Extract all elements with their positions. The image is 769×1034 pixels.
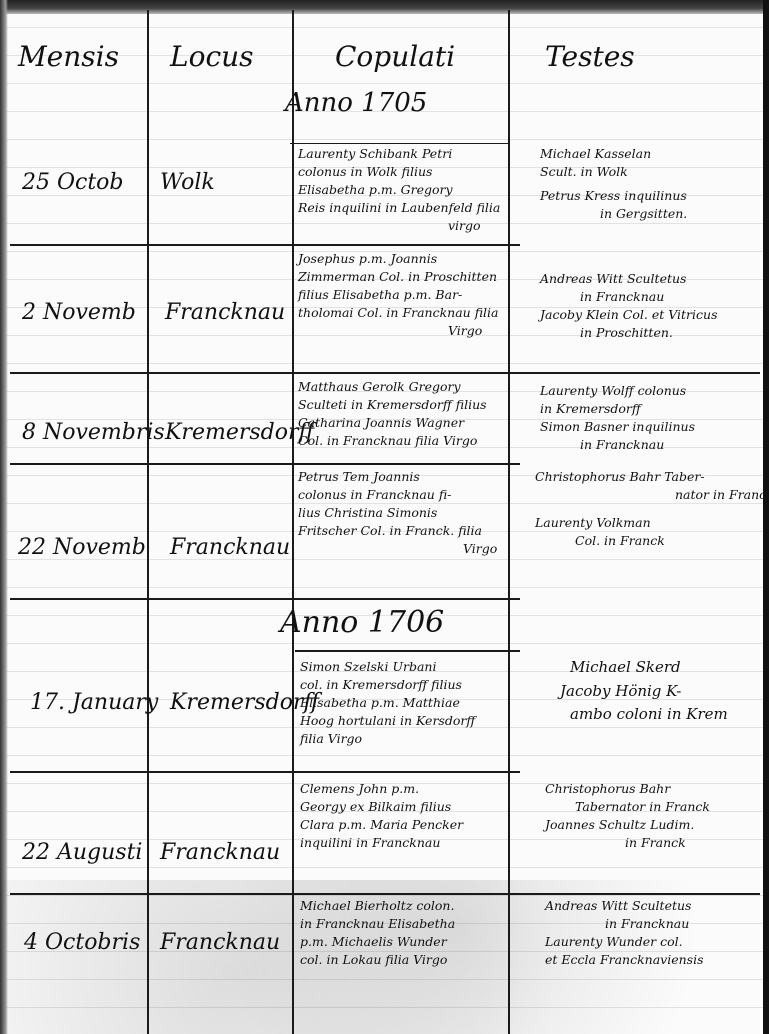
row-rule: [10, 463, 520, 465]
row-rule: [10, 771, 520, 773]
entry-place: Kremersdorff: [170, 690, 319, 715]
entry-testes: Michael Skerd Jacoby Hönig K- ambo colon…: [570, 655, 728, 725]
entry-place: Francknau: [160, 840, 280, 865]
entry-date: 22 Novemb: [18, 535, 146, 560]
entry-place: Wolk: [160, 170, 215, 195]
year-heading: Anno 1706: [280, 605, 444, 640]
entry-testes: Christophorus Bahr Taber- nator in Franc…: [535, 468, 769, 550]
entry-place: Kremersdorff: [165, 420, 314, 445]
entry-place: Francknau: [165, 300, 285, 325]
scan-left-edge: [0, 0, 8, 1034]
entry-date: 17. January: [30, 690, 158, 715]
entry-testes: Andreas Witt Scultetus in Francknau Jaco…: [540, 270, 717, 342]
row-rule: [10, 244, 520, 246]
entry-date: 4 Octobris: [24, 930, 140, 955]
entry-copulati: Laurenty Schibank Petri colonus in Wolk …: [298, 145, 500, 235]
entry-place: Francknau: [160, 930, 280, 955]
scan-top-edge: [0, 0, 769, 14]
entry-copulati: Clemens John p.m. Georgy ex Bilkaim fili…: [300, 780, 463, 852]
entry-testes: Michael Kasselan Scult. in Wolk Petrus K…: [540, 145, 687, 223]
row-rule: [10, 598, 520, 600]
row-rule: [290, 143, 508, 144]
row-rule: [295, 650, 520, 652]
entry-place: Francknau: [170, 535, 290, 560]
header-place: Locus: [170, 40, 254, 73]
register-page: Mensis Locus Copulati Testes Anno 1705 A…: [0, 0, 769, 1034]
entry-copulati: Michael Bierholtz colon. in Francknau El…: [300, 897, 455, 969]
header-month: Mensis: [18, 40, 119, 73]
entry-copulati: Simon Szelski Urbani col. in Kremersdorf…: [300, 658, 475, 748]
row-rule: [10, 372, 760, 374]
column-rule: [147, 10, 149, 1034]
column-rule: [292, 10, 294, 1034]
year-heading: Anno 1705: [285, 88, 427, 118]
header-witnesses: Testes: [545, 40, 635, 73]
header-married: Copulati: [335, 40, 455, 73]
entry-date: 2 Novemb: [22, 300, 136, 325]
entry-copulati: Josephus p.m. Joannis Zimmerman Col. in …: [298, 250, 499, 340]
entry-testes: Christophorus Bahr Tabernator in Franck …: [545, 780, 710, 852]
entry-date: 8 Novembris: [22, 420, 165, 445]
entry-date: 22 Augusti: [22, 840, 142, 865]
entry-testes: Laurenty Wolff colonus in Kremersdorff S…: [540, 382, 695, 454]
entry-date: 25 Octob: [22, 170, 124, 195]
column-rule: [508, 10, 510, 1034]
entry-copulati: Petrus Tem Joannis colonus in Francknau …: [298, 468, 497, 558]
entry-copulati: Matthaus Gerolk Gregory Sculteti in Krem…: [298, 378, 487, 450]
row-rule: [10, 893, 760, 895]
entry-testes: Andreas Witt Scultetus in Francknau Laur…: [545, 897, 704, 969]
